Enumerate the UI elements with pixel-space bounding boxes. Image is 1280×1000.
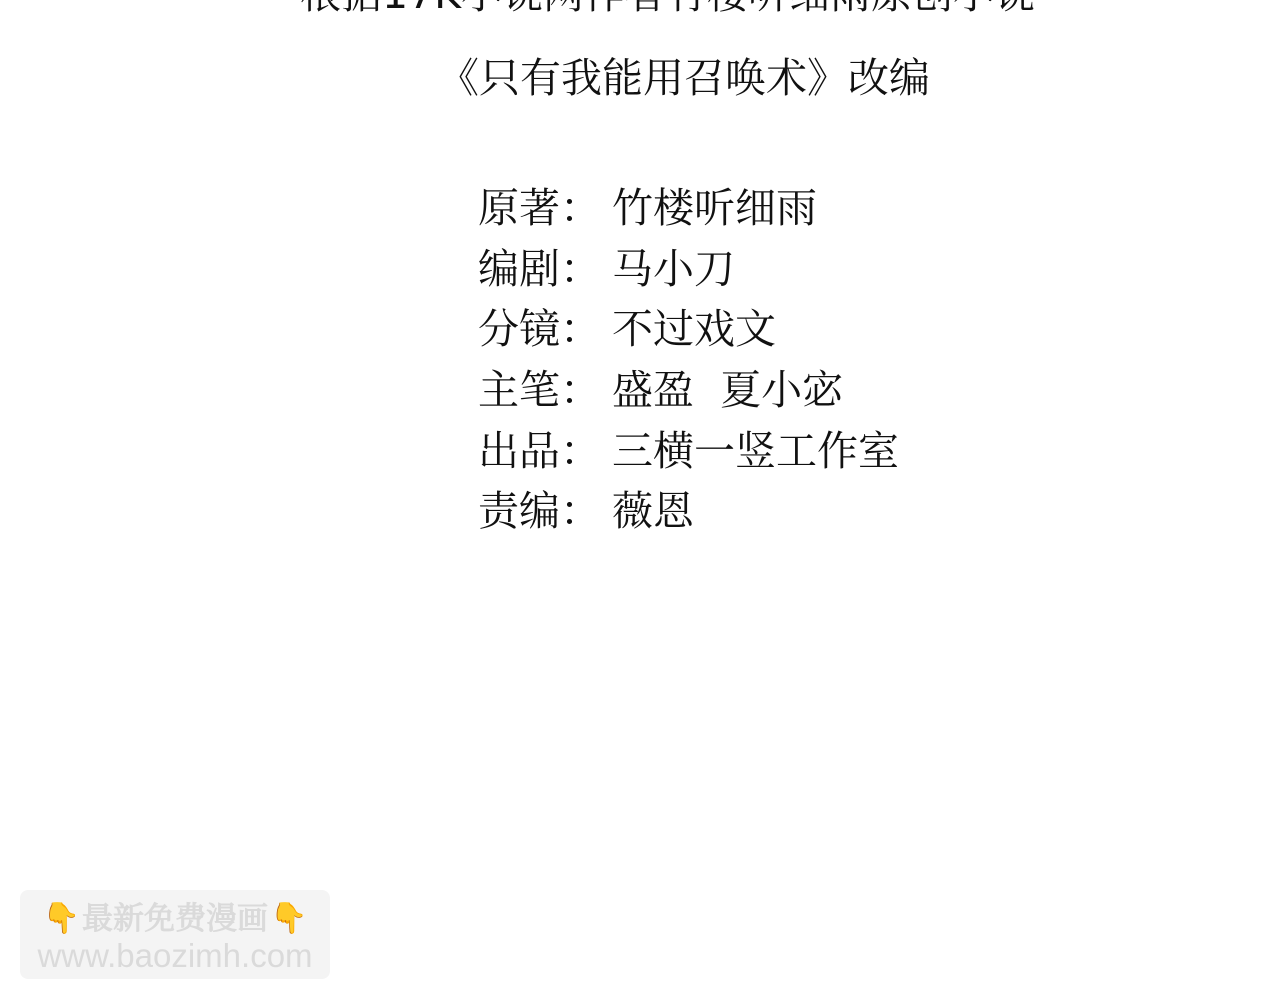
credit-value: 盛盈 夏小宓 bbox=[612, 360, 843, 420]
credit-row-editor: 责编： 薇恩 bbox=[478, 481, 899, 542]
credit-role: 编剧： bbox=[478, 239, 612, 299]
credit-role: 原著： bbox=[478, 178, 612, 238]
credit-role: 责编： bbox=[478, 481, 612, 541]
credit-row-lead-artist: 主笔： 盛盈 夏小宓 bbox=[478, 360, 899, 421]
credit-role: 分镜： bbox=[478, 299, 612, 359]
source-novel-line: 根据17K小说网作者竹楼听细雨原创小说 bbox=[170, 0, 1280, 16]
site-watermark[interactable]: 👇 最新免费漫画 👇 www.baozimh.com bbox=[20, 890, 330, 979]
credits-list: 原著： 竹楼听细雨 编剧： 马小刀 分镜： 不过戏文 主笔： 盛盈 夏小宓 出品… bbox=[478, 178, 899, 542]
credit-value: 三横一竖工作室 bbox=[612, 421, 899, 481]
credit-row-original-author: 原著： 竹楼听细雨 bbox=[478, 178, 899, 239]
watermark-site-url[interactable]: www.baozimh.com bbox=[20, 938, 330, 974]
credit-value: 竹楼听细雨 bbox=[612, 178, 817, 238]
credit-row-screenwriter: 编剧： 马小刀 bbox=[478, 239, 899, 300]
credit-row-storyboard: 分镜： 不过戏文 bbox=[478, 299, 899, 360]
watermark-tagline: 最新免费漫画 bbox=[82, 900, 268, 938]
credit-row-producer: 出品： 三横一竖工作室 bbox=[478, 420, 899, 481]
credit-role: 出品： bbox=[478, 421, 612, 481]
adaptation-title: 《只有我能用召唤术》改编 bbox=[438, 52, 930, 104]
pointing-down-hand-icon: 👇 bbox=[43, 900, 80, 938]
credit-value: 马小刀 bbox=[612, 239, 735, 299]
watermark-tagline-row: 👇 最新免费漫画 👇 bbox=[20, 900, 330, 938]
credit-role: 主笔： bbox=[478, 360, 612, 420]
pointing-down-hand-icon: 👇 bbox=[270, 900, 307, 938]
credit-value: 薇恩 bbox=[612, 481, 694, 541]
credit-value: 不过戏文 bbox=[612, 299, 776, 359]
